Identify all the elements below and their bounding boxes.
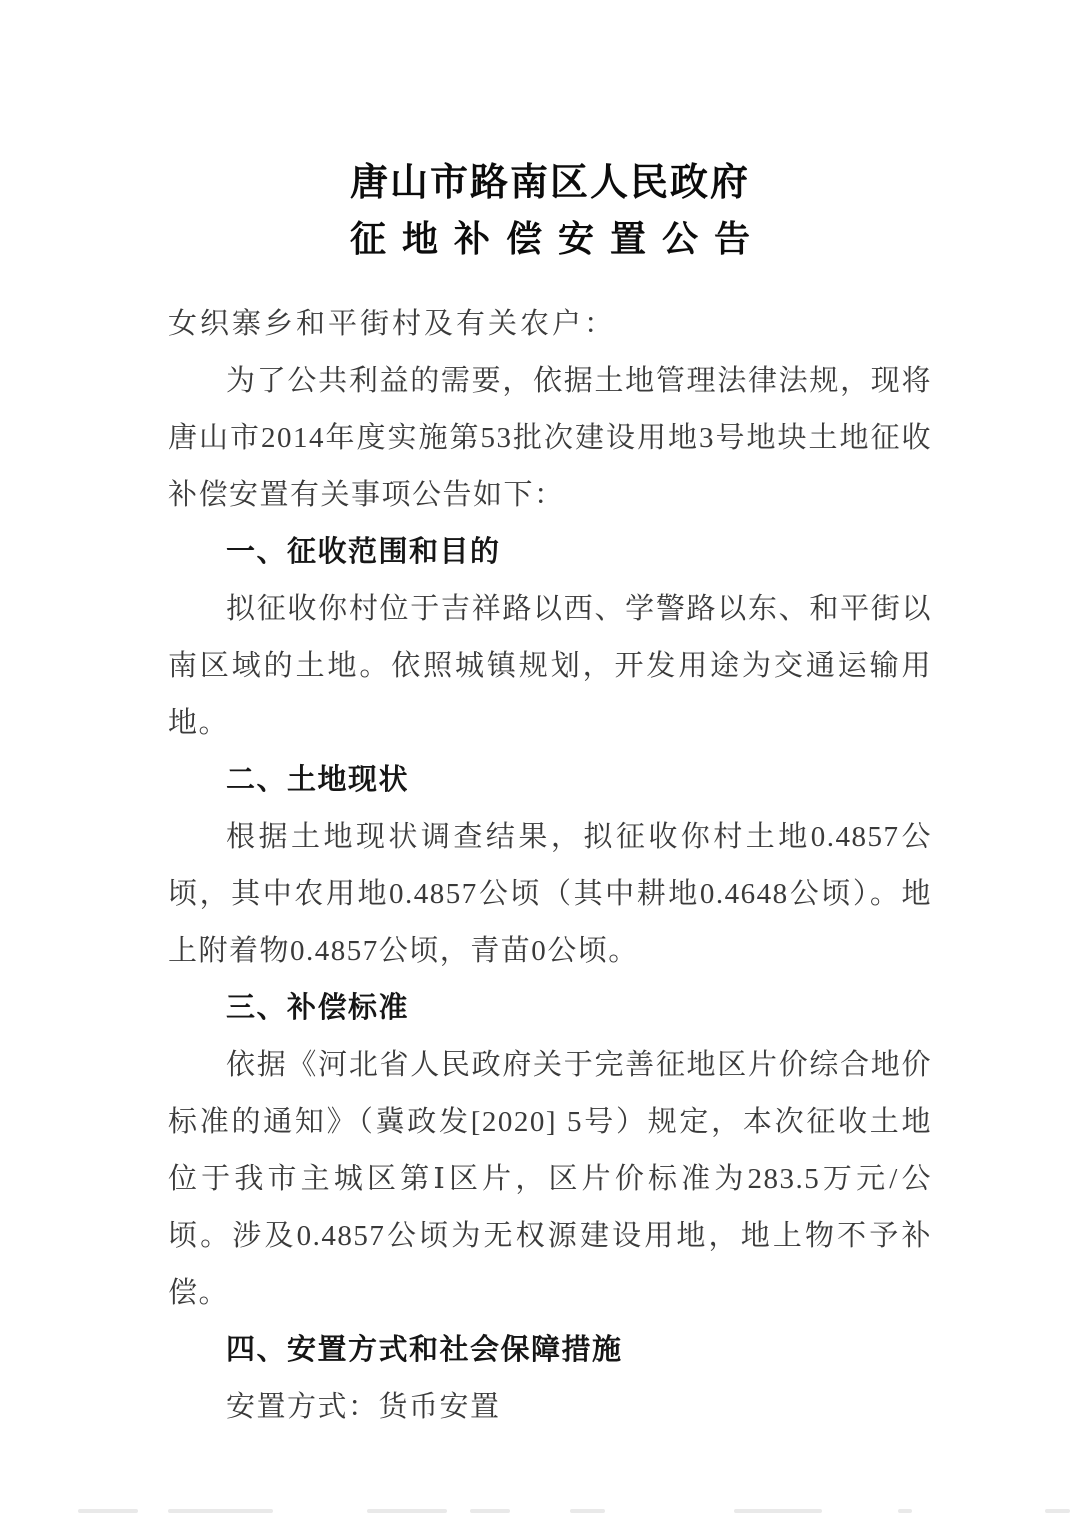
announcement-document: 唐山市路南区人民政府 征地补偿安置公告 女织寨乡和平街村及有关农户： 为了公共利… <box>0 0 1080 1528</box>
section-2-body: 根据土地现状调查结果，拟征收你村土地0.4857公顷，其中农用地0.4857公顷… <box>168 809 932 980</box>
section-1-heading: 一、征收范围和目的 <box>168 524 932 581</box>
scan-artifact <box>470 1509 510 1513</box>
salutation-line: 女织寨乡和平街村及有关农户： <box>168 296 932 353</box>
scan-artifact <box>78 1509 138 1513</box>
document-title-line1: 唐山市路南区人民政府 <box>168 158 932 208</box>
section-4-heading: 四、安置方式和社会保障措施 <box>168 1322 932 1379</box>
document-content: 唐山市路南区人民政府 征地补偿安置公告 女织寨乡和平街村及有关农户： 为了公共利… <box>168 158 932 1436</box>
scan-artifact <box>898 1509 912 1513</box>
section-3-body: 依据《河北省人民政府关于完善征地区片价综合地价标准的通知》（冀政发[2020] … <box>168 1037 932 1322</box>
section-1-body: 拟征收你村位于吉祥路以西、学警路以东、和平街以南区域的土地。依照城镇规划，开发用… <box>168 581 932 752</box>
scan-artifact <box>367 1509 447 1513</box>
resettlement-method-line: 安置方式：货币安置 <box>168 1379 932 1436</box>
intro-paragraph: 为了公共利益的需要，依据土地管理法律法规，现将唐山市2014年度实施第53批次建… <box>168 353 932 524</box>
scan-artifact <box>570 1509 605 1513</box>
scan-artifact <box>1045 1509 1070 1513</box>
scan-artifact <box>734 1509 822 1513</box>
document-title-line2: 征地补偿安置公告 <box>168 214 932 264</box>
scan-artifact-row <box>0 1507 1080 1517</box>
section-3-heading: 三、补偿标准 <box>168 980 932 1037</box>
section-2-heading: 二、土地现状 <box>168 752 932 809</box>
scan-artifact <box>168 1509 273 1513</box>
